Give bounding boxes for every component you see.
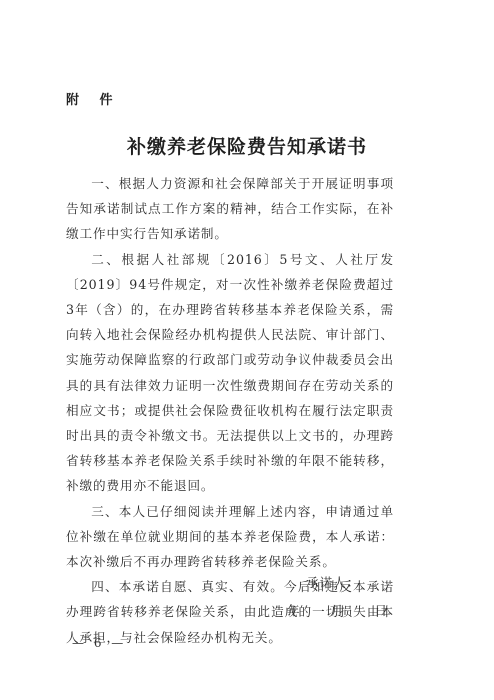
document-page: 附 件 补缴养老保险费告知承诺书 一、根据人力资源和社会保障部关于开展证明事项告… bbox=[0, 0, 494, 700]
month-label: 月 bbox=[331, 600, 344, 619]
day-label: 日 bbox=[374, 600, 387, 619]
year-label: 年 bbox=[287, 600, 300, 619]
paragraph-3: 三、本人已仔细阅读并理解上述内容，申请通过单位补缴在单位就业期间的基本养老保险费… bbox=[66, 499, 394, 575]
document-title: 补缴养老保险费告知承诺书 bbox=[0, 132, 494, 159]
date-line: 年 月 日 bbox=[287, 600, 387, 619]
promisor-label: 承诺人： bbox=[306, 572, 360, 591]
paragraph-2: 二、根据人社部规〔2016〕5号文、人社厅发〔2019〕94号件规定，对一次性补… bbox=[66, 247, 394, 499]
attachment-label: 附 件 bbox=[66, 89, 121, 108]
paragraph-1: 一、根据人力资源和社会保障部关于开展证明事项告知承诺制试点工作方案的精神，结合工… bbox=[66, 171, 394, 247]
page-number: — 6 — bbox=[72, 636, 126, 650]
